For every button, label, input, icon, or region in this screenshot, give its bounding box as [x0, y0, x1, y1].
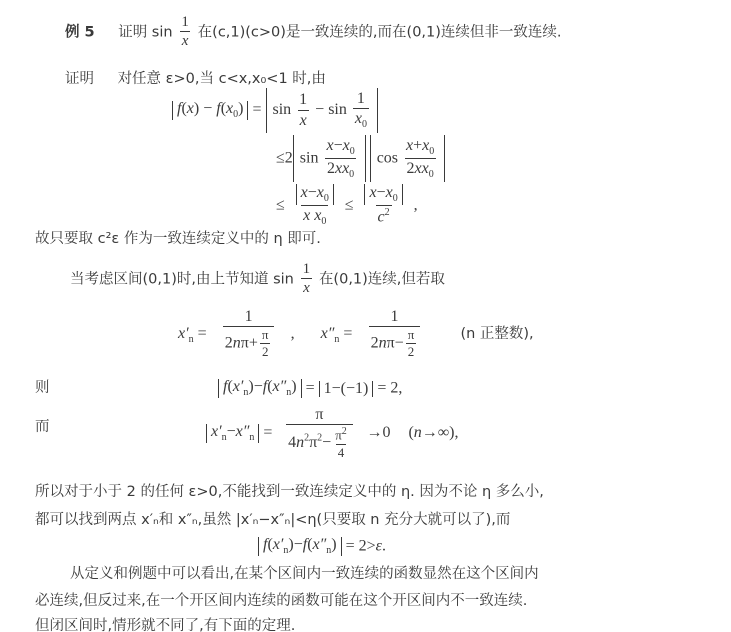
para2-line1: 从定义和例题中可以看出,在某个区间内一致连续的函数显然在这个区间内: [70, 567, 539, 582]
fraction-one-over-x: 1x: [301, 261, 313, 298]
while-label: 而: [35, 420, 50, 435]
example-prefix: 证明 sin: [118, 24, 172, 40]
equation-step-1: f(x) − f(x0) = sin 1x − sin 1x0: [172, 88, 378, 133]
while-equation: x′n−x″n =π4n2π2−π24→0 (n→∞),: [206, 406, 459, 461]
para2-line3: 但闭区间时,情形就不同了,有下面的定理.: [35, 619, 295, 632]
para1-equation: f(x′n)−f(x″n) = 2>ε.: [258, 537, 386, 556]
part2-intro-line: 当考虑区间(0,1)时,由上节知道 sin 1x 在(0,1)连续,但若取: [70, 261, 445, 298]
para2-line2: 必连续,但反过来,在一个开区间内连续的函数可能在这个开区间内不一致连续.: [35, 594, 527, 609]
example-suffix: 在(c,1)(c>0)是一致连续的,而在(0,1)连续但非一致连续.: [198, 24, 562, 40]
fraction-one-over-x: 1 x: [179, 14, 191, 51]
proof-label: 证明: [65, 71, 94, 87]
equation-step-2: ≤2sin x−x02xx0 cos x+x02xx0: [276, 135, 445, 182]
para1-line2: 都可以找到两点 x′ₙ和 x″ₙ,虽然 |x′ₙ−x″ₙ|<η(只要取 n 充分…: [35, 513, 510, 528]
sequence-definitions: x′n =12nπ+π2, x″n =12nπ−π2 (n 正整数),: [178, 308, 534, 360]
para1-line1: 所以对于小于 2 的任何 ε>0,不能找到一致连续定义中的 η. 因为不论 η …: [35, 485, 544, 500]
then-label: 则: [35, 381, 50, 396]
then-equation: f(x′n)−f(x″n) = 1−(−1) = 2,: [218, 379, 402, 398]
proof-intro: 对任意 ε>0,当 c<x,x₀<1 时,由: [118, 71, 326, 87]
proof-conclusion: 故只要取 c²ε 作为一致连续定义中的 η 即可.: [35, 232, 321, 247]
sequence-note: (n 正整数),: [460, 326, 533, 342]
proof-intro-line: 证明 对任意 ε>0,当 c<x,x₀<1 时,由: [65, 71, 326, 87]
equation-step-3: ≤x−x0x x0≤x−x0c2,: [276, 184, 418, 227]
example-label: 例 5: [65, 24, 95, 40]
example-heading: 例 5 证明 sin 1 x 在(c,1)(c>0)是一致连续的,而在(0,1)…: [65, 14, 562, 51]
